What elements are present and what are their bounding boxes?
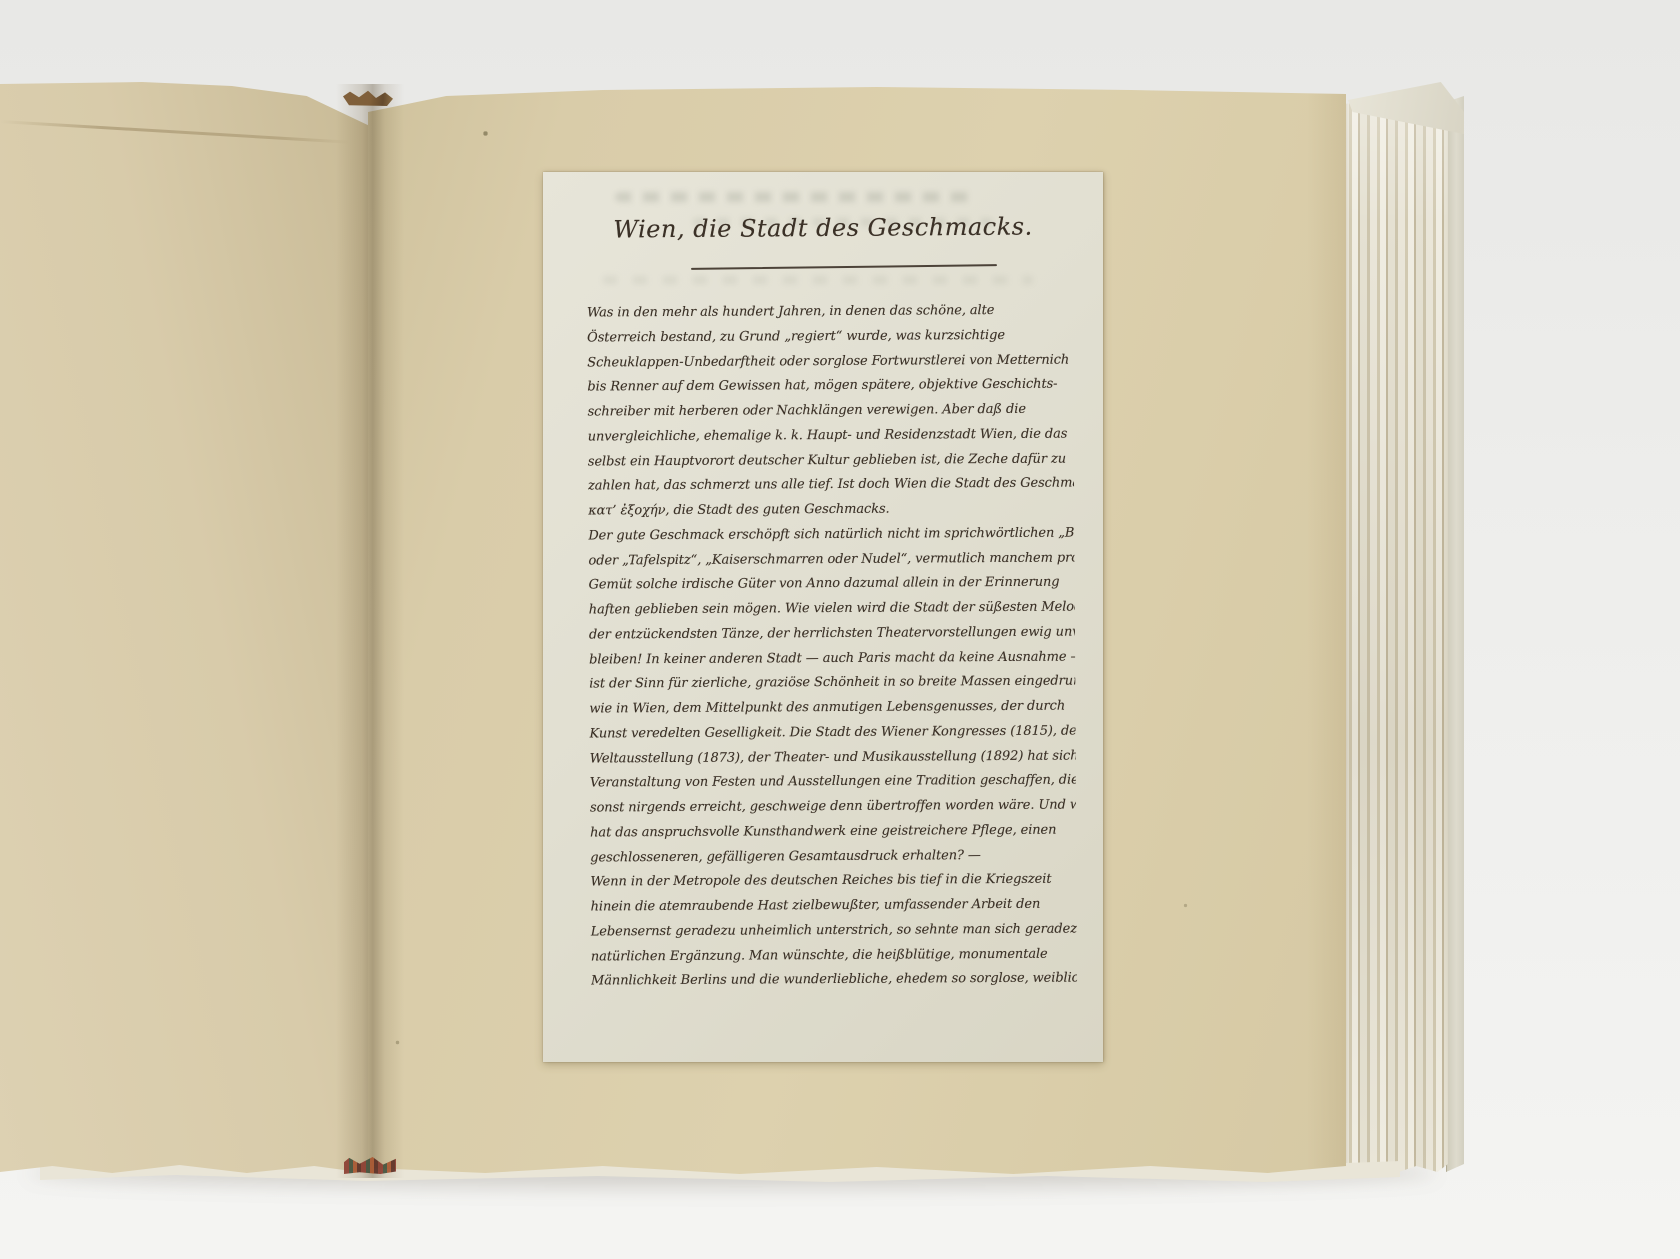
manuscript-line: Was in den mehr als hundert Jahren, in d…	[587, 299, 1073, 327]
left-album-page	[0, 80, 374, 1180]
manuscript-line: unvergleichliche, ehemalige k. k. Haupt-…	[588, 422, 1074, 450]
manuscript-line: Weltausstellung (1873), der Theater- und…	[590, 744, 1076, 772]
manuscript-title: Wien, die Stadt des Geschmacks.	[543, 212, 1103, 244]
manuscript-line: schreiber mit herberen oder Nachklängen …	[587, 398, 1073, 426]
cover-board-edge	[1446, 96, 1464, 1176]
manuscript-line: Lebensernst geradezu unheimlich unterstr…	[591, 917, 1077, 945]
title-underline	[691, 264, 997, 270]
paragraph-2: Der gute Geschmack erschöpft sich natürl…	[588, 521, 1076, 870]
manuscript-line: Österreich bestand, zu Grund „regiert“ w…	[587, 323, 1073, 351]
manuscript-sheet: Wien, die Stadt des Geschmacks. Was in d…	[543, 172, 1103, 1062]
manuscript-text: Was in den mehr als hundert Jahren, in d…	[587, 299, 1077, 995]
manuscript-line: natürlichen Ergänzung. Man wünschte, die…	[591, 942, 1077, 970]
manuscript-line: sonst nirgends erreicht, geschweige denn…	[590, 794, 1076, 822]
manuscript-line: bleiben! In keiner anderen Stadt — auch …	[589, 645, 1075, 673]
paragraph-3: Wenn in der Metropole des deutschen Reic…	[590, 868, 1077, 995]
paragraph-1: Was in den mehr als hundert Jahren, in d…	[587, 299, 1074, 525]
manuscript-line: zahlen hat, das schmerzt uns alle tief. …	[588, 472, 1074, 500]
manuscript-line: Kunst veredelten Geselligkeit. Die Stadt…	[589, 719, 1075, 747]
manuscript-line: selbst ein Hauptvorort deutscher Kultur …	[588, 447, 1074, 475]
manuscript-line: Gemüt solche irdische Güter von Anno daz…	[589, 571, 1075, 599]
manuscript-line: Scheuklappen-Unbedarftheit oder sorglose…	[587, 348, 1073, 376]
manuscript-line: Männlichkeit Berlins und die wunderliebl…	[591, 967, 1077, 995]
manuscript-line: Veranstaltung von Festen und Ausstellung…	[590, 769, 1076, 797]
manuscript-line: oder „Tafelspitz“, „Kaiserschmarren oder…	[588, 546, 1074, 574]
manuscript-line: hinein die atemraubende Hast zielbewußte…	[591, 893, 1077, 921]
manuscript-line: bis Renner auf dem Gewissen hat, mögen s…	[587, 373, 1073, 401]
manuscript-line: haften geblieben sein mögen. Wie vielen …	[589, 596, 1075, 624]
manuscript-line: ist der Sinn für zierliche, graziöse Sch…	[589, 670, 1075, 698]
gutter-shadow	[336, 84, 404, 1178]
manuscript-line: hat das anspruchsvolle Kunsthandwerk ein…	[590, 818, 1076, 846]
manuscript-line: Wenn in der Metropole des deutschen Reic…	[590, 868, 1076, 896]
paper-specks	[0, 0, 1, 1]
manuscript-line: der entzückendsten Tänze, der herrlichst…	[589, 620, 1075, 648]
manuscript-line: geschlosseneren, gefälligeren Gesamtausd…	[590, 843, 1076, 871]
deckle-edge-stack	[1342, 94, 1448, 1176]
manuscript-line: wie in Wien, dem Mittelpunkt des anmutig…	[589, 695, 1075, 723]
bleed-through-text	[603, 276, 1033, 284]
bleed-through-text	[615, 192, 971, 202]
manuscript-line: Der gute Geschmack erschöpft sich natürl…	[588, 521, 1074, 549]
photo-of-open-album: Wien, die Stadt des Geschmacks. Was in d…	[0, 0, 1680, 1259]
manuscript-line: κατ’ ἐξοχήν, die Stadt des guten Geschma…	[588, 497, 1074, 525]
